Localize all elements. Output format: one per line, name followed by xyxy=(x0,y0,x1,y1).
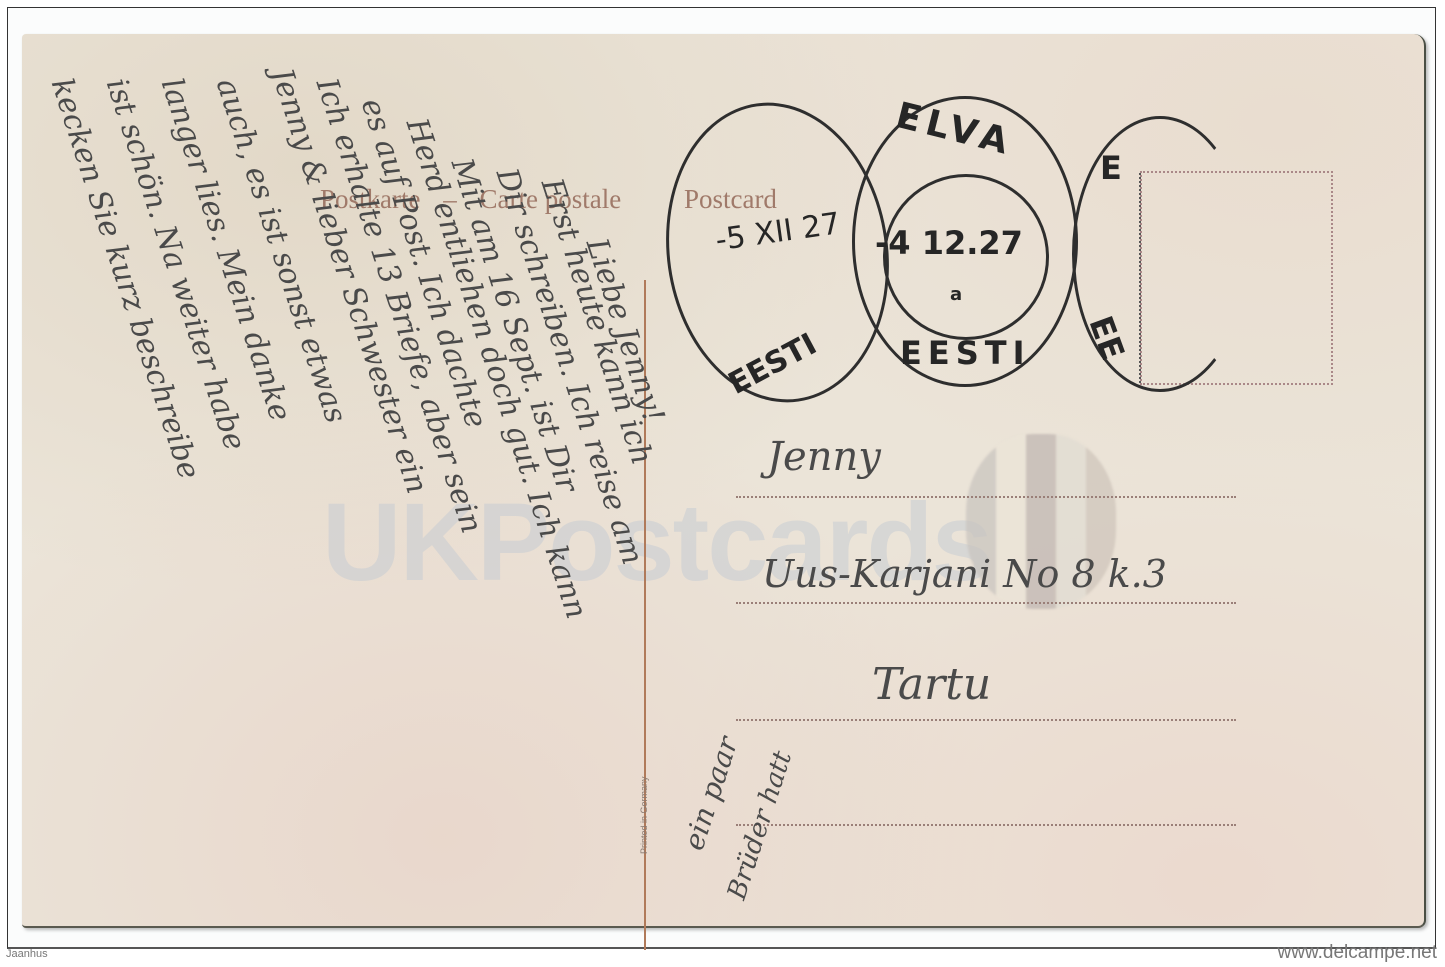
postmark-3: E EE xyxy=(1072,116,1248,392)
address-name: Jenny xyxy=(767,434,881,480)
site-link[interactable]: www.delcampe.net xyxy=(1278,942,1437,964)
seller-name: Jaanhus xyxy=(6,948,48,960)
postmark-2: ELVA -4 12.27 a EESTI xyxy=(852,96,1078,387)
address-line-2 xyxy=(736,602,1236,604)
side-note-1: ein paar xyxy=(677,733,745,855)
address-line-1 xyxy=(736,496,1236,498)
address-line-3 xyxy=(736,719,1236,721)
address-city: Tartu xyxy=(872,659,991,710)
postcard: UKPostcards Postkarte – Carte postale Po… xyxy=(22,34,1426,928)
printed-note: Printed in Germany xyxy=(639,776,649,854)
address-line-4 xyxy=(736,824,1236,826)
address-street: Uus-Karjani No 8 k.3 xyxy=(762,552,1167,596)
